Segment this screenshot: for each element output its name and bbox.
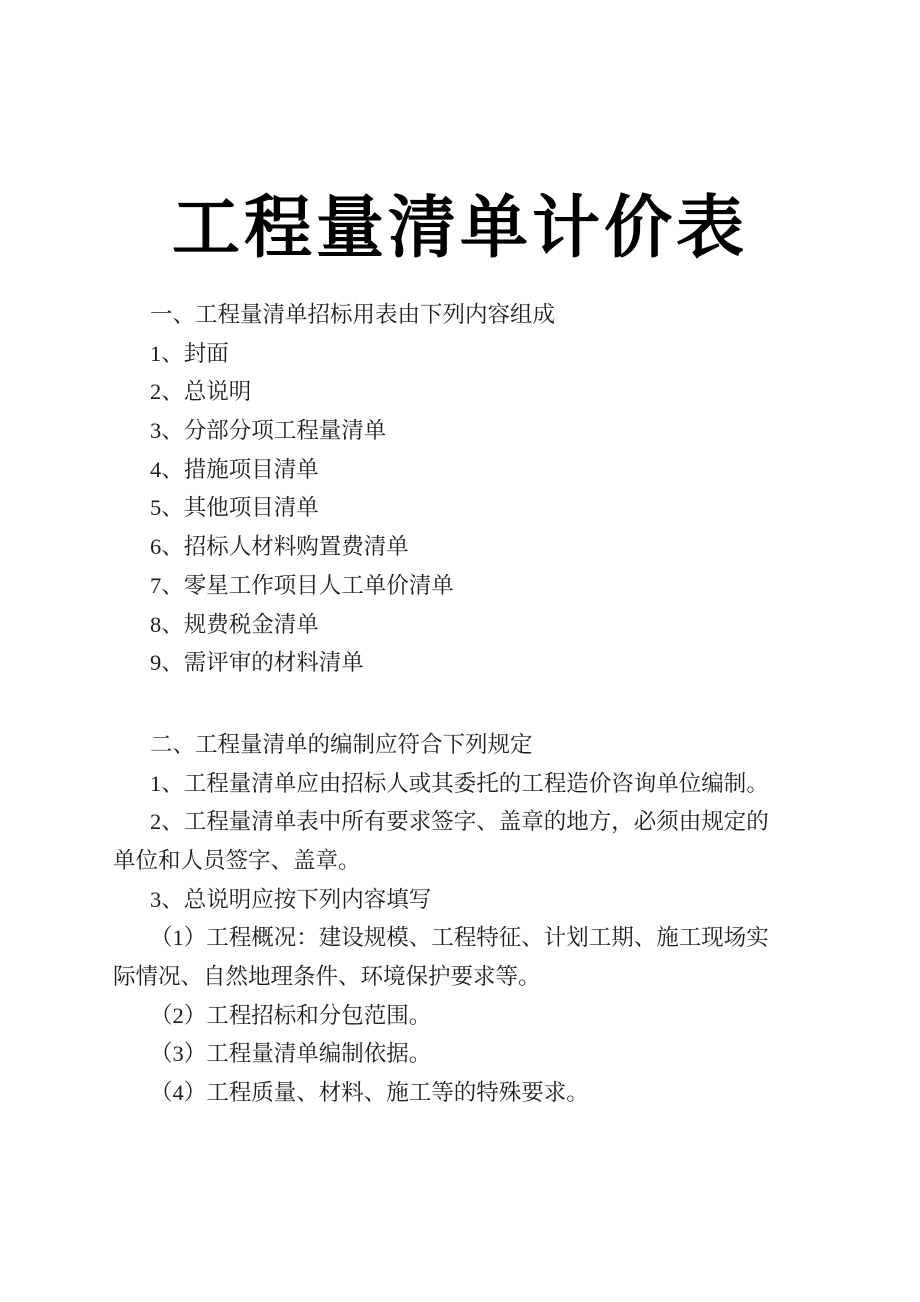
section1-heading: 一、工程量清单招标用表由下列内容组成 (113, 296, 809, 335)
section1-item-5: 5、其他项目清单 (113, 489, 809, 528)
document-body: 一、工程量清单招标用表由下列内容组成 1、封面 2、总说明 3、分部分项工程量清… (113, 296, 809, 1113)
section2-subitem-4: （4）工程质量、材料、施工等的特殊要求。 (113, 1074, 809, 1113)
document-title: 工程量清单计价表 (0, 192, 920, 264)
section2-para-3: 3、总说明应按下列内容填写 (113, 881, 809, 920)
section1-item-1: 1、封面 (113, 335, 809, 374)
section2-para-2-line-1: 2、工程量清单表中所有要求签字、盖章的地方，必须由规定的 (113, 803, 809, 842)
section2-para-1: 1、工程量清单应由招标人或其委托的工程造价咨询单位编制。 (113, 765, 809, 804)
blank-line (113, 683, 809, 726)
section1-item-9: 9、需评审的材料清单 (113, 644, 809, 683)
section2-para-2-line-2: 单位和人员签字、盖章。 (113, 842, 809, 881)
section1-item-4: 4、措施项目清单 (113, 451, 809, 490)
section1-item-7: 7、零星工作项目人工单价清单 (113, 567, 809, 606)
section2-subitem-2: （2）工程招标和分包范围。 (113, 997, 809, 1036)
document-page: 工程量清单计价表 一、工程量清单招标用表由下列内容组成 1、封面 2、总说明 3… (0, 0, 920, 1302)
section2-subitem-1-line-1: （1）工程概况：建设规模、工程特征、计划工期、施工现场实 (113, 919, 809, 958)
section1-item-6: 6、招标人材料购置费清单 (113, 528, 809, 567)
section2-heading: 二、工程量清单的编制应符合下列规定 (113, 726, 809, 765)
section1-item-3: 3、分部分项工程量清单 (113, 412, 809, 451)
section2-subitem-1-line-2: 际情况、自然地理条件、环境保护要求等。 (113, 958, 809, 997)
section1-item-2: 2、总说明 (113, 373, 809, 412)
section1-item-8: 8、规费税金清单 (113, 606, 809, 645)
section2-subitem-3: （3）工程量清单编制依据。 (113, 1035, 809, 1074)
